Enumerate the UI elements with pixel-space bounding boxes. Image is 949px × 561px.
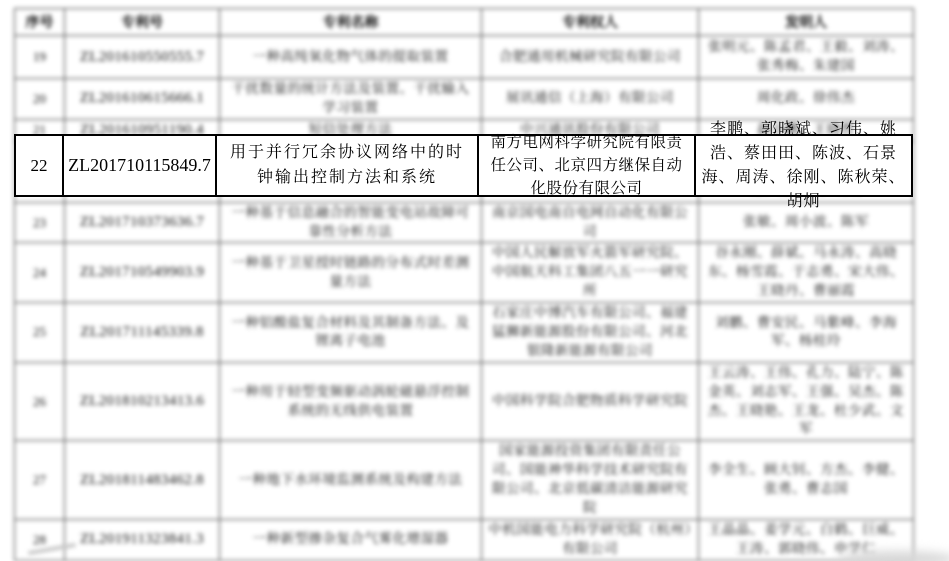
cell-patent-no: ZL201911323841.3 — [65, 519, 220, 560]
cell-patent-no: ZL201710373636.7 — [65, 202, 220, 243]
cell-inventors: 谷永刚、薛斌、马永涛、高晓东、杨雪霞、于志勇、宋大伟、王晓丹、曹丽霞 — [699, 243, 914, 303]
table-header-row: 序号 专利号 专利名称 专利权人 发明人 — [15, 9, 914, 36]
cell-no: 26 — [15, 362, 65, 441]
cell-patent-no: ZL201610550555.7 — [65, 36, 220, 79]
cell-assignee: 南京国电南自电网自动化有限公司 — [482, 202, 699, 243]
cell-patent-no: ZL201811483462.8 — [65, 441, 220, 520]
cell-title: 一种地下水环境监测系统及构建方法 — [220, 441, 482, 520]
cell-inventors: 王云涛、王伟、孔力、陆宁、陈金英、刘志军、王强、吴杰、陈杰、王晓艳、王龙、杜少武… — [699, 362, 914, 441]
cell-patent-no: ZL201711145339.8 — [65, 303, 220, 363]
header-patent-no: 专利号 — [65, 9, 220, 36]
cell-assignee: 石家庄中博汽车有限公司、福建猛狮新能源股份有限公司、河北银隆新能源有限公司 — [482, 303, 699, 363]
cell-assignee: 国家能源投资集团有限责任公司、国能神华科学技术研究院有限公司、北京低碳清洁能源研… — [482, 441, 699, 520]
row22-title: 用于并行冗余协议网络中的时钟输出控制方法和系统 — [217, 136, 479, 195]
cell-no: 23 — [15, 202, 65, 243]
cell-title: 一种高纯氧化物气体的提取装置 — [220, 36, 482, 79]
cell-patent-no: ZL201610615666.1 — [65, 79, 220, 120]
cell-assignee: 中国人民解放军火箭军研究院、中国航天科工集团八五一一研究所 — [482, 243, 699, 303]
table-row: 25 ZL201711145339.8 一种铝酸盐复合材料及其制备方法、及锂离子… — [15, 303, 914, 363]
cell-no: 27 — [15, 441, 65, 520]
cell-assignee: 合肥通用机械研究院有限公司 — [482, 36, 699, 79]
cell-assignee: 中机国能电力科学研究院（杭州）有限公司 — [482, 519, 699, 560]
highlighted-row-22: 22 ZL201710115849.7 用于并行冗余协议网络中的时钟输出控制方法… — [14, 134, 913, 197]
table-row: 19 ZL201610550555.7 一种高纯氧化物气体的提取装置 合肥通用机… — [15, 36, 914, 79]
row22-assignee: 南方电网科学研究院有限责任公司、北京四方继保自动化股份有限公司 — [479, 136, 696, 195]
patent-table: 序号 专利号 专利名称 专利权人 发明人 19 ZL201610550555.7… — [14, 8, 914, 561]
cell-patent-no: ZL201710549903.9 — [65, 243, 220, 303]
cell-no: 25 — [15, 303, 65, 363]
cell-title: 一种铝酸盐复合材料及其制备方法、及锂离子电池 — [220, 303, 482, 363]
document-page: 序号 专利号 专利名称 专利权人 发明人 19 ZL201610550555.7… — [0, 0, 949, 561]
header-title: 专利名称 — [220, 9, 482, 36]
cell-inventors: 李全生、顾大钊、方杰、李健、张勇、曹志国 — [699, 441, 914, 520]
header-assignee: 专利权人 — [482, 9, 699, 36]
cell-no: 24 — [15, 243, 65, 303]
row22-no: 22 — [16, 136, 64, 195]
cell-no: 19 — [15, 36, 65, 79]
cell-title: 一种新型掺杂复合气雾化增湿器 — [220, 519, 482, 560]
table-row: 26 ZL201810213413.6 一种用于轻型变频驱动涡轮磁悬浮控制系统的… — [15, 362, 914, 441]
row22-patent-no: ZL201710115849.7 — [64, 136, 217, 195]
cell-no: 28 — [15, 519, 65, 560]
cell-title: 干扰数量的统计方法及装置、干扰输入学习装置 — [220, 79, 482, 120]
header-inventors: 发明人 — [699, 9, 914, 36]
cell-patent-no: ZL201810213413.6 — [65, 362, 220, 441]
cell-inventors: 刘鹏、曹安民、马紫峰、李海军、杨桂玲 — [699, 303, 914, 363]
cell-title: 一种基于卫星授时链路的分布式时差测量方法 — [220, 243, 482, 303]
patent-table-blurred-layer: 序号 专利号 专利名称 专利权人 发明人 19 ZL201610550555.7… — [14, 8, 914, 561]
header-no: 序号 — [15, 9, 65, 36]
cell-no: 20 — [15, 79, 65, 120]
table-row: 28 ZL201911323841.3 一种新型掺杂复合气雾化增湿器 中机国能电… — [15, 519, 914, 560]
cell-inventors: 张明元、陈孟君、王毅、刘涛、张秀梅、朱建国 — [699, 36, 914, 79]
cell-title: 一种用于轻型变频驱动涡轮磁悬浮控制系统的无线供电装置 — [220, 362, 482, 441]
table-row: 20 ZL201610615666.1 干扰数量的统计方法及装置、干扰输入学习装… — [15, 79, 914, 120]
cell-title: 一种基于信息融合的智能变电站故障可靠性分析方法 — [220, 202, 482, 243]
cell-assignee: 中国科学院合肥物质科学研究院 — [482, 362, 699, 441]
table-row: 27 ZL201811483462.8 一种地下水环境监测系统及构建方法 国家能… — [15, 441, 914, 520]
row22-inventors: 李鹏、郭晓斌、习伟、姚浩、蔡田田、陈波、石景海、周涛、徐刚、陈秋荣、胡炯 — [696, 136, 911, 195]
table-row: 24 ZL201710549903.9 一种基于卫星授时链路的分布式时差测量方法… — [15, 243, 914, 303]
cell-assignee: 展讯通信（上海）有限公司 — [482, 79, 699, 120]
scan-smudge-right — [837, 551, 949, 561]
cell-inventors: 周化政、徐伟杰 — [699, 79, 914, 120]
